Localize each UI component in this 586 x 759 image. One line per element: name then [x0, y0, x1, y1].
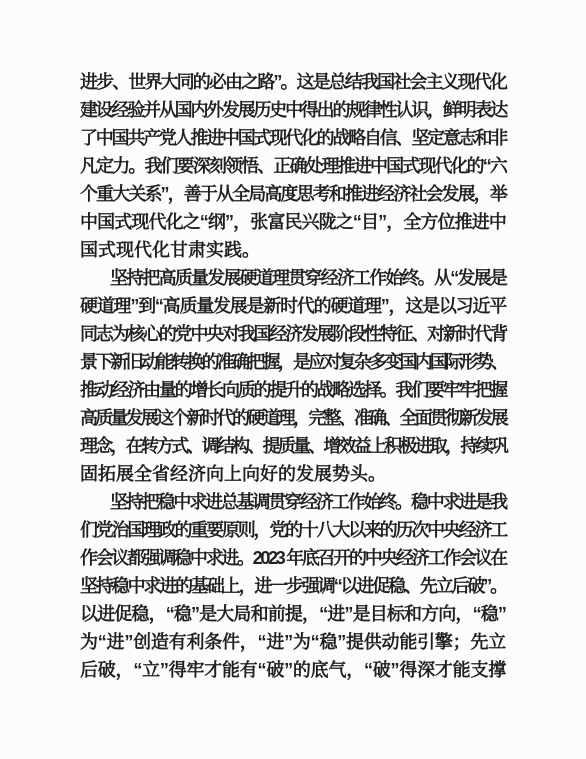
- text-line: 理念，在转方式、调结构、提质量、增效益上积极进取，持续巩: [80, 432, 506, 460]
- paragraph: 坚持把稳中求进总基调贯穿经济工作始终。稳中求进是我 们党治国理政的重要原则，党的…: [80, 488, 506, 684]
- text-line: 国式现代化甘肃实践。: [80, 236, 506, 264]
- paragraph: 进步、世界大同的必由之路”。这是总结我国社会主义现代化 建设经验并从国内外发展历…: [80, 68, 506, 264]
- text-line: 中国式现代化之“纲”，张富民兴陇之“目”，全方位推进中: [80, 208, 506, 236]
- text-line: 推动经济由量的增长向质的提升的战略选择。我们要牢牢把握: [80, 376, 506, 404]
- text-line-content: 以进促稳，“稳”是大局和前提，“进”是目标和方向，“稳”: [80, 604, 506, 624]
- text-line: 建设经验并从国内外发展历史中得出的规律性认识，鲜明表达: [80, 96, 506, 124]
- text-line: 坚持把高质量发展硬道理贯穿经济工作始终。从“发展是: [80, 264, 506, 292]
- text-line-content: 坚持把高质量发展硬道理贯穿经济工作始终。从“发展是: [110, 268, 506, 288]
- text-line-content: 了中国共产党人推进中国式现代化的战略自信、坚定意志和非: [80, 128, 506, 148]
- text-line-content: 后破，“立”得牢才能有“破”的底气，“破”得深才能支撑: [80, 660, 506, 680]
- text-line-content: 作会议都强调稳中求进。2023 年底召开的中央经济工作会议在: [80, 548, 506, 568]
- text-line: 同志为核心的党中央对我国经济发展阶段性特征、对新时代背: [80, 320, 506, 348]
- text-line-content: 同志为核心的党中央对我国经济发展阶段性特征、对新时代背: [80, 324, 506, 344]
- text-line-content: 坚持稳中求进的基础上，进一步强调“以进促稳、先立后破”。: [80, 576, 506, 596]
- paragraph: 坚持把高质量发展硬道理贯穿经济工作始终。从“发展是 硬道理”到“高质量发展是新时…: [80, 264, 506, 488]
- text-line-content: 个重大关系”，善于从全局高度思考和推进经济社会发展，举: [80, 184, 506, 204]
- text-line: 作会议都强调稳中求进。2023 年底召开的中央经济工作会议在: [80, 544, 506, 572]
- text-line: 固拓展全省经济向上向好的发展势头。: [80, 460, 506, 488]
- text-line: 景下新旧动能转换的准确把握，是应对复杂多变国内国际形势、: [80, 348, 506, 376]
- text-line: 硬道理”到“高质量发展是新时代的硬道理”，这是以习近平: [80, 292, 506, 320]
- text-line-content: 固拓展全省经济向上向好的发展势头。: [80, 464, 386, 484]
- text-line: 们党治国理政的重要原则，党的十八大以来的历次中央经济工: [80, 516, 506, 544]
- text-line-content: 理念，在转方式、调结构、提质量、增效益上积极进取，持续巩: [80, 436, 506, 456]
- text-line-content: 凡定力。我们要深刻领悟、正确处理推进中国式现代化的“六: [80, 156, 506, 176]
- text-line-content: 硬道理”到“高质量发展是新时代的硬道理”，这是以习近平: [80, 296, 506, 316]
- text-line-content: 为“进”创造有利条件，“进”为“稳”提供动能引擎；先立: [80, 632, 506, 652]
- text-line-content: 建设经验并从国内外发展历史中得出的规律性认识，鲜明表达: [80, 100, 506, 120]
- text-line: 为“进”创造有利条件，“进”为“稳”提供动能引擎；先立: [80, 628, 506, 656]
- text-line-content: 推动经济由量的增长向质的提升的战略选择。我们要牢牢把握: [80, 380, 506, 400]
- text-line: 后破，“立”得牢才能有“破”的底气，“破”得深才能支撑: [80, 656, 506, 684]
- text-line-content: 坚持把稳中求进总基调贯穿经济工作始终。稳中求进是我: [110, 492, 506, 512]
- document-page: 进步、世界大同的必由之路”。这是总结我国社会主义现代化 建设经验并从国内外发展历…: [0, 0, 586, 759]
- text-line: 凡定力。我们要深刻领悟、正确处理推进中国式现代化的“六: [80, 152, 506, 180]
- text-line-content: 景下新旧动能转换的准确把握，是应对复杂多变国内国际形势、: [80, 352, 506, 372]
- text-line: 以进促稳，“稳”是大局和前提，“进”是目标和方向，“稳”: [80, 600, 506, 628]
- text-line: 进步、世界大同的必由之路”。这是总结我国社会主义现代化: [80, 68, 506, 96]
- text-line-content: 进步、世界大同的必由之路”。这是总结我国社会主义现代化: [80, 72, 506, 92]
- text-block: 进步、世界大同的必由之路”。这是总结我国社会主义现代化 建设经验并从国内外发展历…: [80, 68, 506, 684]
- text-line-content: 高质量发展这个新时代的硬道理，完整、准确、全面贯彻新发展: [80, 408, 506, 428]
- text-line: 高质量发展这个新时代的硬道理，完整、准确、全面贯彻新发展: [80, 404, 506, 432]
- text-line-content: 们党治国理政的重要原则，党的十八大以来的历次中央经济工: [80, 520, 506, 540]
- text-line: 坚持把稳中求进总基调贯穿经济工作始终。稳中求进是我: [80, 488, 506, 516]
- text-line: 了中国共产党人推进中国式现代化的战略自信、坚定意志和非: [80, 124, 506, 152]
- text-line: 个重大关系”，善于从全局高度思考和推进经济社会发展，举: [80, 180, 506, 208]
- text-line: 坚持稳中求进的基础上，进一步强调“以进促稳、先立后破”。: [80, 572, 506, 600]
- text-line-content: 中国式现代化之“纲”，张富民兴陇之“目”，全方位推进中: [80, 212, 506, 232]
- text-line-content: 国式现代化甘肃实践。: [80, 240, 260, 260]
